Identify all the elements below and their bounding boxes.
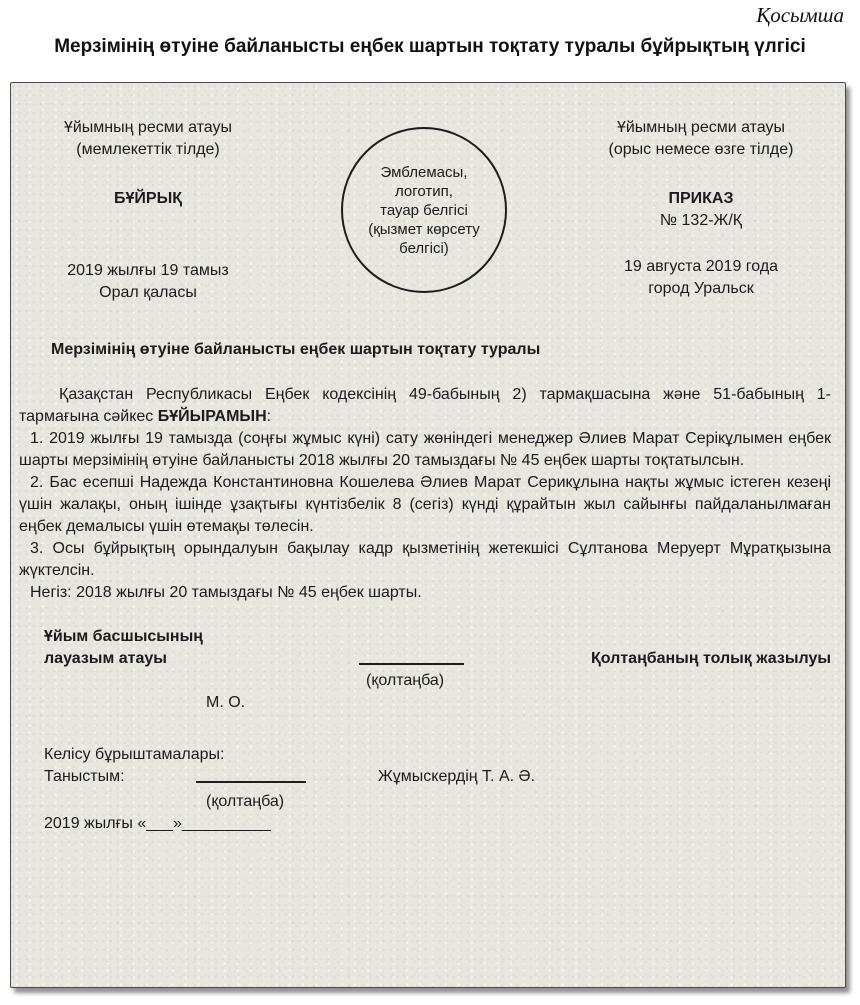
head-title-line1: Ұйым басшысының (44, 626, 831, 648)
approval-block: Келісу бұрыштамалары: Таныстым: Жұмыскер… (44, 744, 831, 835)
doc-city-kazakh: Орал қаласы (48, 282, 248, 304)
header-left-column: Ұйымның ресми атауы (мемлекеттік тілде) … (48, 117, 248, 304)
signature-line (359, 663, 464, 665)
org-name-kazakh: Ұйымның ресми атауы (48, 117, 248, 139)
preamble-text: Қазақстан Республикасы Еңбек кодексінің … (19, 386, 831, 425)
full-name-label: Қолтаңбаның толық жазылуы (591, 648, 831, 670)
head-title-line2: лауазым атауы (44, 650, 167, 667)
doc-type-kazakh: БҰЙРЫҚ (48, 188, 248, 210)
emblem-placeholder-circle: Эмблемасы, логотип, тауар белгісі (қызме… (341, 127, 507, 293)
emblem-line: (қызмет көрсету (368, 220, 480, 239)
preamble-colon: : (267, 408, 271, 425)
employee-name-label: Жұмыскердің Т. А. Ә. (378, 766, 535, 788)
order-item-3: 3. Осы бұйрықтың орындалуын бақылау кадр… (19, 538, 831, 582)
page-title: Мерзімінің өтуіне байланысты еңбек шарты… (0, 36, 860, 58)
seal-placeholder: М. О. (206, 692, 831, 714)
order-word: БҰЙЫРАМЫН (158, 408, 267, 425)
emblem-line: Эмблемасы, (368, 163, 480, 182)
emblem-placeholder-text: Эмблемасы, логотип, тауар белгісі (қызме… (368, 163, 480, 258)
signature-caption: (қолтаңба) (366, 670, 831, 692)
acquainted-signature-line (196, 781, 306, 783)
emblem-line: белгісі) (368, 239, 480, 258)
org-language-note-russian: (орыс немесе өзге тілде) (594, 139, 808, 161)
doc-number: № 132-Ж/Қ (594, 210, 808, 232)
order-basis: Негіз: 2018 жылғы 20 тамыздағы № 45 еңбе… (19, 582, 831, 604)
doc-date-kazakh: 2019 жылғы 19 тамыз (48, 260, 248, 282)
order-item-1: 1. 2019 жылғы 19 тамызда (соңғы жұмыс кү… (19, 428, 831, 472)
doc-type-russian: ПРИКАЗ (594, 188, 808, 210)
acquainted-signature-caption: (қолтаңба) (206, 791, 831, 813)
order-document-sheet: Ұйымның ресми атауы (мемлекеттік тілде) … (10, 82, 846, 988)
acquainted-label: Таныстым: (44, 768, 125, 785)
org-name-russian: Ұйымның ресми атауы (594, 117, 808, 139)
doc-city-russian: город Уральск (594, 278, 808, 300)
acquainted-row: Таныстым: Жұмыскердің Т. А. Ә. (44, 766, 831, 788)
order-preamble: Қазақстан Республикасы Еңбек кодексінің … (19, 384, 831, 428)
visas-label: Келісу бұрыштамалары: (44, 744, 831, 766)
doc-date-russian: 19 августа 2019 года (594, 256, 808, 278)
signature-block: Ұйым басшысының лауазым атауы Қолтаңбаны… (44, 626, 831, 714)
emblem-line: логотип, (368, 182, 480, 201)
emblem-line: тауар белгісі (368, 201, 480, 220)
header-right-column: Ұйымның ресми атауы (орыс немесе өзге ті… (594, 117, 808, 300)
annex-label: Қосымша (756, 3, 844, 28)
order-item-2: 2. Бас есепші Надежда Константиновна Кош… (19, 472, 831, 538)
acquainted-date-line: 2019 жылғы «___»__________ (44, 813, 831, 835)
org-language-note-kazakh: (мемлекеттік тілде) (48, 139, 248, 161)
page: Қосымша Мерзімінің өтуіне байланысты еңб… (0, 0, 860, 1005)
signature-row: лауазым атауы Қолтаңбаның толық жазылуы (44, 648, 831, 670)
order-subject: Мерзімінің өтуіне байланысты еңбек шарты… (51, 339, 831, 361)
